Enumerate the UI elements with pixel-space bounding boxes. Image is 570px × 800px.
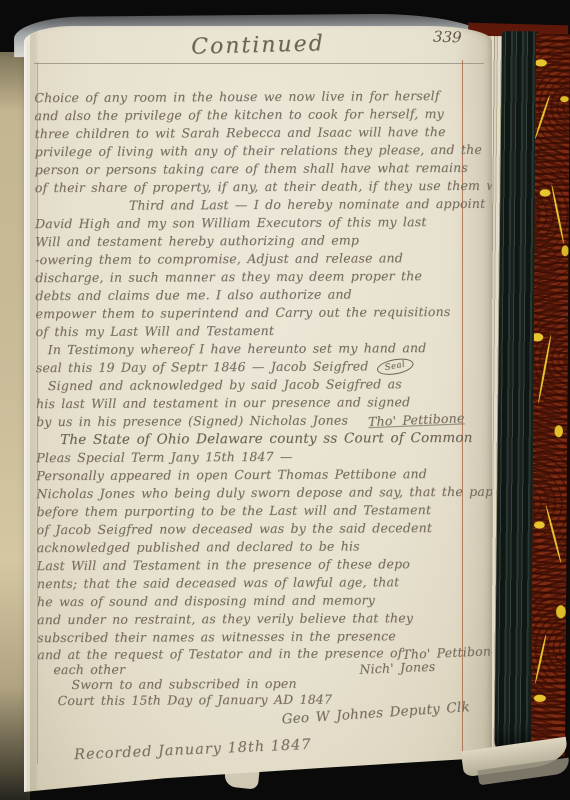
marble-vein <box>534 634 547 683</box>
manuscript-line: before them purporting to be the Last wi… <box>37 501 471 521</box>
manuscript-line: nents; that the said deceased was of law… <box>37 573 471 593</box>
manuscript-line: Choice of any room in the house we now l… <box>34 87 468 107</box>
manuscript-line: debts and claims due me. I also authoriz… <box>35 285 469 305</box>
attestation-text: each other <box>53 662 125 678</box>
manuscript-line-text: seal this 19 Day of Septr 1846 — Jacob S… <box>36 357 369 377</box>
manuscript-line: three children to wit Sarah Rebecca and … <box>35 123 469 143</box>
manuscript-line: Pleas Special Term Jany 15th 1847 — <box>36 447 470 467</box>
manuscript-line: empower them to superintend and Carry ou… <box>35 303 469 323</box>
manuscript-line: privilege of living with any of their re… <box>35 141 469 161</box>
manuscript-line-with-seal: seal this 19 Day of Septr 1846 — Jacob S… <box>36 357 470 377</box>
manuscript-line: he was of sound and disposing mind and m… <box>37 591 471 611</box>
marble-vein <box>537 334 552 403</box>
manuscript-line: In Testimony whereof I have hereunto set… <box>36 339 470 359</box>
manuscript-line: Nicholas Jones who being duly sworn depo… <box>36 483 470 503</box>
marble-vein <box>545 505 562 564</box>
attestation-line: each other Nich' Jones <box>37 660 471 677</box>
manuscript-line: Third and Last — I do hereby nominate an… <box>35 195 469 215</box>
marble-vein <box>534 95 550 139</box>
manuscript-line: of this my Last Will and Testament <box>36 321 470 341</box>
manuscript-line: person or persons taking care of them sh… <box>35 159 469 179</box>
jurat-signature-line: Geo W Johnes Deputy Clk <box>38 706 472 723</box>
manuscript-line: -owering them to compromise, Adjust and … <box>35 249 469 269</box>
attestation-text: and at the request of Testator and in th… <box>37 645 402 662</box>
manuscript-line: and under no restraint, as they verily b… <box>37 609 471 629</box>
witness-signature: Nich' Jones <box>359 659 436 677</box>
manuscript-line: of Jacob Seigfred now deceased was by th… <box>37 519 471 539</box>
manuscript-line: of their share of property, if any, at t… <box>35 177 469 197</box>
marble-vein <box>551 185 565 244</box>
recorded-note: Recorded January 18th 1847 <box>74 737 312 763</box>
manuscript-line: David High and my son William Executors … <box>35 213 469 233</box>
manuscript-line: Personally appeared in open Court Thomas… <box>36 465 470 485</box>
manuscript-line: discharge, in such manner as they may de… <box>35 267 469 287</box>
manuscript-line: acknowledged published and declared to b… <box>37 537 471 557</box>
manuscript-line-with-witness: by us in his presence (Signed) Nicholas … <box>36 411 470 431</box>
manuscript-line: The State of Ohio Delaware county ss Cou… <box>36 429 470 449</box>
header-rule-line <box>34 63 484 64</box>
manuscript-line: and also the privilege of the kitchen to… <box>34 105 468 125</box>
page-title: Continued <box>24 27 492 64</box>
manuscript-line: Will and testament hereby authorizing an… <box>35 231 469 251</box>
photograph-of-ledger-book: 339 Continued Choice of any room in the … <box>0 0 570 800</box>
manuscript-line: Last Will and Testament in the presence … <box>37 555 471 575</box>
manuscript-text: Choice of any room in the house we now l… <box>34 87 471 723</box>
marbled-cover <box>531 34 570 756</box>
ledger-page: 339 Continued Choice of any room in the … <box>24 26 492 792</box>
manuscript-line: Signed and acknowledged by said Jacob Se… <box>36 375 470 395</box>
manuscript-line-text: by us in his presence (Signed) Nicholas … <box>36 412 348 432</box>
manuscript-line: his last Will and testament in our prese… <box>36 393 470 413</box>
seal-mark: Seal <box>375 356 414 377</box>
witness-signature: Tho' Pettibone <box>367 409 464 431</box>
manuscript-line: subscribed their names as witnesses in t… <box>37 627 471 647</box>
